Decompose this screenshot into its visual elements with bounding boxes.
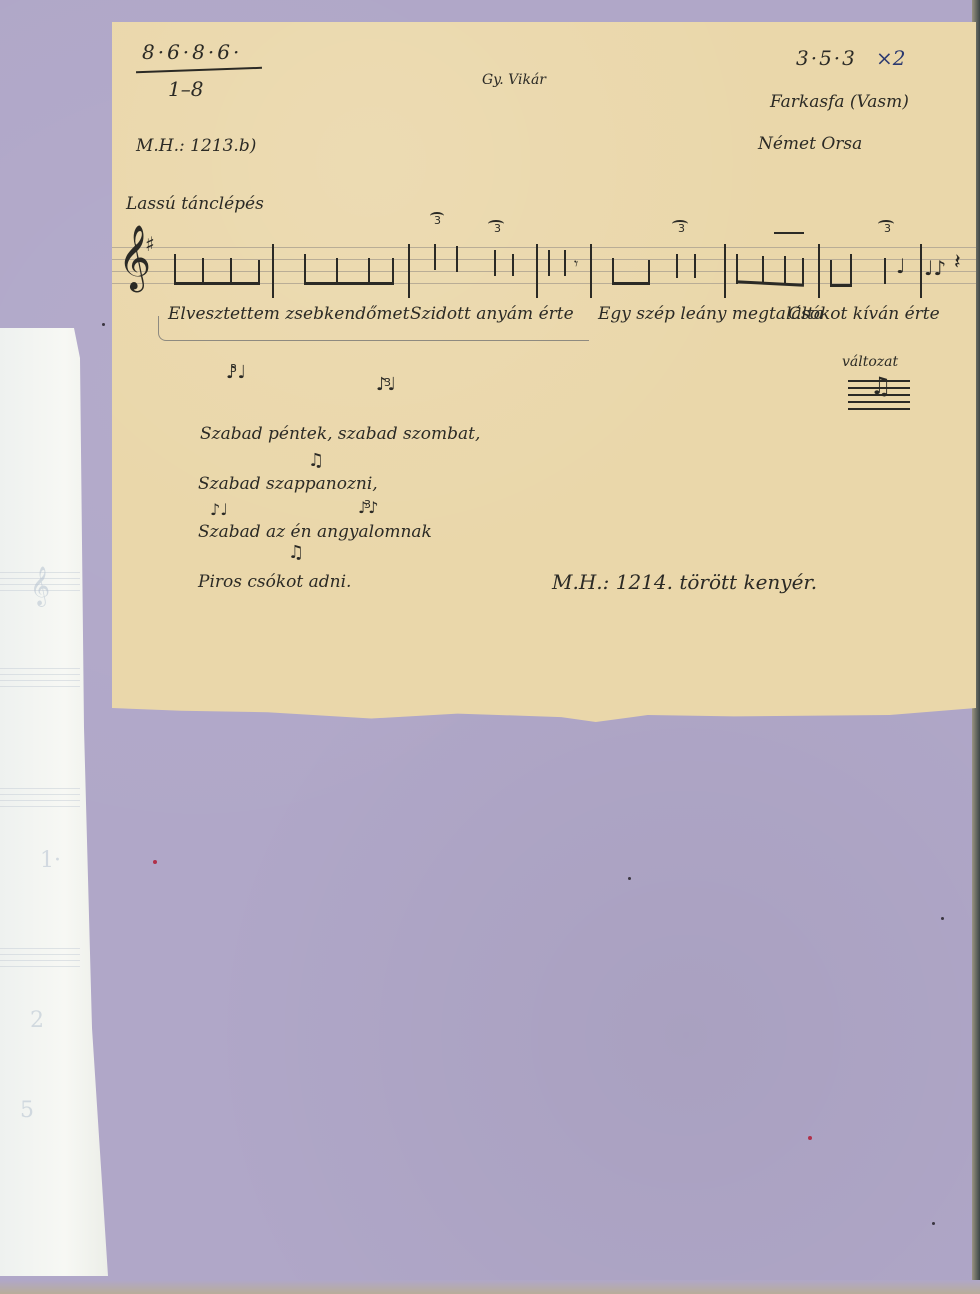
- syllable-structure: 8·6·8·6·: [142, 40, 242, 64]
- measure-2: [302, 250, 397, 290]
- barline: [272, 244, 274, 298]
- song-card: 8·6·8·6· 1–8 M.H.: 1213.b) Gy. Vikár 3·5…: [112, 22, 976, 722]
- verse2-line-2: Szabad szappanozni,: [198, 474, 378, 494]
- fraction-line: [136, 67, 262, 73]
- cadence-correction: ×2: [876, 46, 905, 70]
- reference-number: M.H.: 1213.b): [136, 136, 256, 156]
- collector-name: Gy. Vikár: [482, 72, 546, 88]
- verse2-line-1: Szabad péntek, szabad szombat,: [200, 424, 480, 444]
- measure-3: 3 3: [430, 250, 530, 290]
- measure-6: [736, 250, 816, 290]
- key-signature-sharp: ♯: [145, 232, 155, 256]
- barline: [818, 244, 820, 298]
- ghost-treble-clef-icon: 𝄞: [30, 566, 50, 606]
- measure-7: 3 ♩: [826, 250, 916, 290]
- barline: [408, 244, 410, 298]
- cross-reference: M.H.: 1214. törött kenyér.: [552, 570, 817, 594]
- measure-8: ♩♪ 𝄽: [924, 250, 974, 290]
- lyrics-line-1d: Csókot kíván érte: [788, 304, 940, 324]
- barline: [590, 244, 592, 298]
- variant-label: változat: [842, 354, 898, 370]
- barline: [536, 244, 538, 298]
- range: 1–8: [168, 77, 203, 101]
- rest-icon: 𝄽: [954, 250, 961, 275]
- verse2-line-3: Szabad az én angyalomnak: [198, 522, 432, 542]
- rest-icon: 𝄾: [574, 254, 578, 274]
- barline: [724, 244, 726, 298]
- measure-1: [172, 250, 262, 290]
- board-edge-bottom: [0, 1280, 980, 1294]
- tempo-marking: Lassú tánclépés: [126, 194, 264, 214]
- measure-5: 3: [612, 250, 722, 290]
- barline: [920, 244, 922, 298]
- performer-name: Német Orsa: [758, 134, 862, 154]
- measure-4: 𝄾: [544, 250, 594, 290]
- pencil-bracket: [158, 316, 589, 341]
- place-name: Farkasfa (Vasm): [770, 92, 909, 112]
- cadence-code: 3·5·3: [796, 46, 857, 70]
- verse2-line-4: Piros csókot adni.: [198, 572, 351, 592]
